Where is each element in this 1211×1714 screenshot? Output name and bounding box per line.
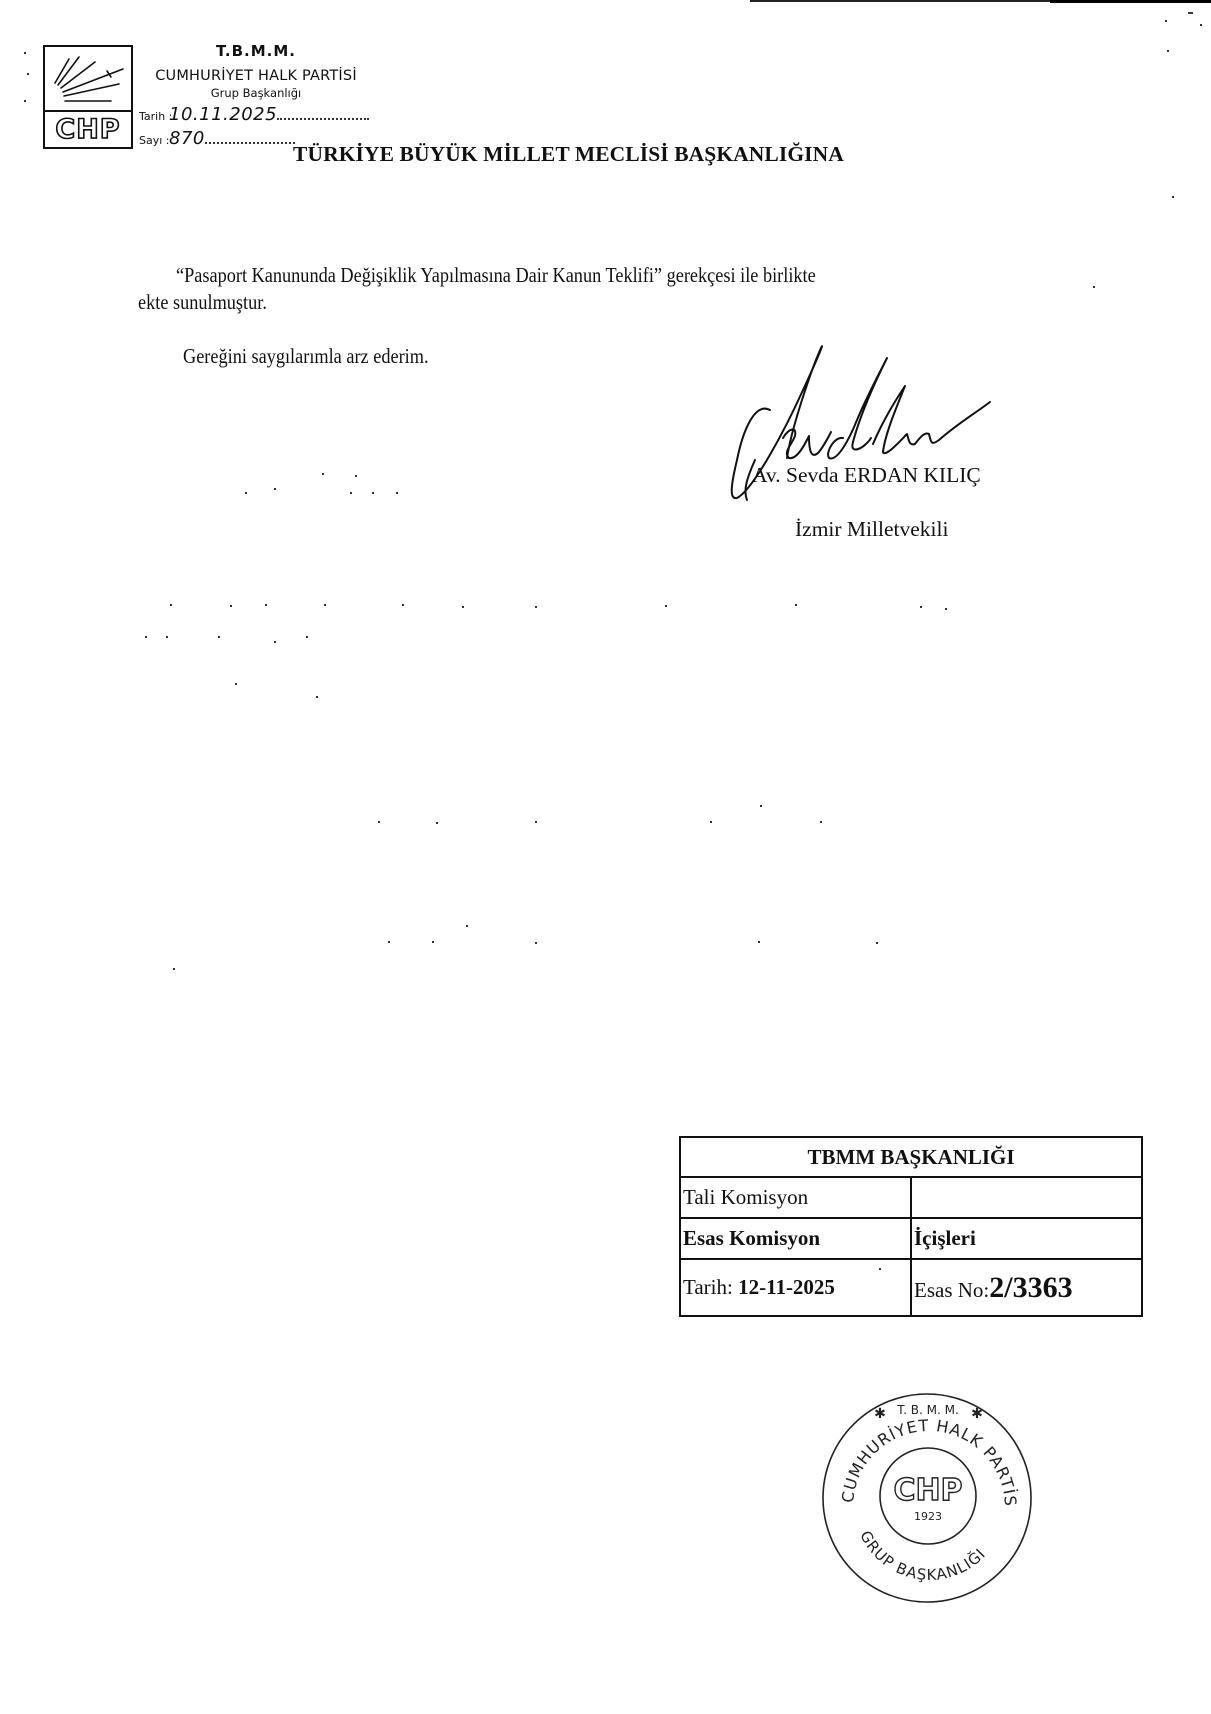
tbmm-registration-table: TBMM BAŞKANLIĞI Tali Komisyon Esas Komis… — [679, 1136, 1143, 1317]
table-row: Esas Komisyon İçişleri — [680, 1218, 1142, 1259]
esas-komisyon-label: Esas Komisyon — [680, 1218, 911, 1259]
stamp-bottom-text: GRUP BAŞKANLIĞI — [856, 1528, 989, 1584]
registration-date-cell: Tarih: 12-11-2025 — [680, 1259, 911, 1316]
letterhead-number-row: Sayı :870 — [139, 128, 295, 149]
letterhead-date-row: Tarih :10.11.2025 — [139, 104, 369, 125]
number-value: 870 — [169, 128, 205, 149]
letterhead-party-name: CUMHURİYET HALK PARTİSİ — [138, 68, 374, 84]
closing-line: Gereğini saygılarımla arz ederim. — [183, 344, 429, 369]
signatory-name: Av. Sevda ERDAN KILIÇ — [752, 463, 981, 488]
tali-komisyon-value — [911, 1177, 1142, 1218]
esas-komisyon-value: İçişleri — [911, 1218, 1142, 1259]
logo-chp-text: CHP — [45, 114, 131, 145]
addressee-heading: TÜRKİYE BÜYÜK MİLLET MECLİSİ BAŞKANLIĞIN… — [293, 142, 844, 167]
svg-text:✱: ✱ — [971, 1406, 983, 1422]
signatory-title: İzmir Milletvekili — [795, 517, 948, 542]
party-stamp: T. B. M. M. ✱ ✱ CUMHURİYET HALK PARTİSİ … — [815, 1388, 1040, 1613]
table-row: Tali Komisyon — [680, 1177, 1142, 1218]
body-paragraph-line-2: ekte sunulmuştur. — [138, 290, 267, 315]
esas-no-label: Esas No: — [914, 1278, 989, 1302]
table-row: Tarih: 12-11-2025 Esas No:2/3363 — [680, 1259, 1142, 1316]
stamp-year: 1923 — [914, 1510, 942, 1523]
body-paragraph-line-1: “Pasaport Kanununda Değişiklik Yapılması… — [176, 263, 816, 288]
date-label: Tarih : — [139, 110, 169, 123]
letterhead-department: Grup Başkanlığı — [140, 86, 372, 100]
esas-no-value: 2/3363 — [989, 1271, 1072, 1304]
svg-text:✱: ✱ — [874, 1406, 886, 1422]
scan-edge-line-thick — [1050, 0, 1211, 3]
dotted-line — [205, 142, 295, 144]
registration-date-label: Tarih: — [683, 1275, 733, 1299]
logo-divider — [45, 110, 131, 112]
chp-logo: CHP — [43, 45, 133, 149]
esas-no-cell: Esas No:2/3363 — [911, 1259, 1142, 1316]
svg-text:GRUP BAŞKANLIĞI: GRUP BAŞKANLIĞI — [856, 1528, 989, 1584]
registration-date-value: 12-11-2025 — [738, 1275, 835, 1299]
tali-komisyon-label: Tali Komisyon — [680, 1177, 911, 1218]
table-header-row: TBMM BAŞKANLIĞI — [680, 1137, 1142, 1177]
registration-header: TBMM BAŞKANLIĞI — [680, 1137, 1142, 1177]
six-arrows-icon — [45, 47, 131, 109]
letterhead-institution: T.B.M.M. — [140, 42, 372, 60]
date-value: 10.11.2025 — [169, 104, 277, 125]
dotted-line — [277, 118, 369, 120]
number-label: Sayı : — [139, 134, 169, 147]
stamp-center-text: CHP — [893, 1473, 962, 1508]
stamp-top-text: T. B. M. M. — [896, 1403, 959, 1417]
